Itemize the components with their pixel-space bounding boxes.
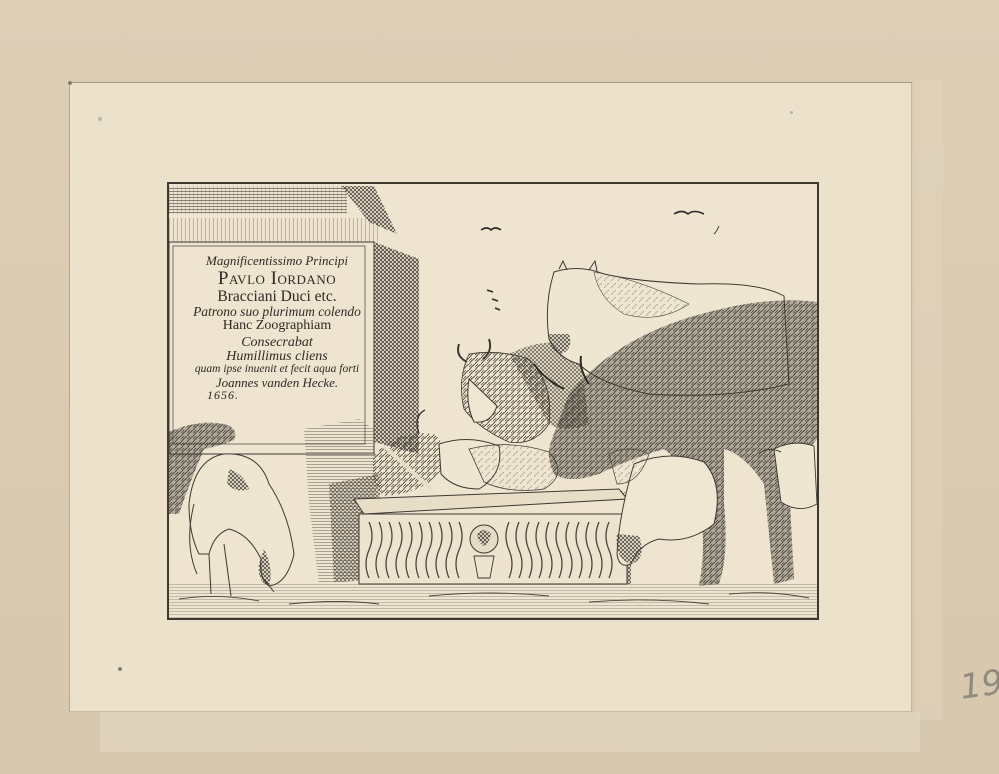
- inscription-line: Bracciani Duci etc.: [177, 289, 377, 305]
- artist-signature: Joannes vanden Hecke.: [177, 376, 377, 389]
- inscription-date: 1656.: [207, 389, 377, 401]
- ground: [169, 582, 817, 618]
- mount-right-strip: [915, 80, 943, 720]
- inscription-line: quam ipse inuenit et fecit aqua forti: [177, 364, 377, 376]
- pale-hound: [189, 454, 294, 596]
- inscription-line: Magnificentissimo Principi: [177, 254, 377, 267]
- foxing-spot: [118, 667, 122, 671]
- inscription-name: Pavlo Iordano: [177, 269, 377, 288]
- inscription-line: Consecrabat: [177, 336, 377, 350]
- inscription-line: Patrono suo plurimum colendo: [177, 305, 377, 319]
- etching-plate: Magnificentissimo Principi Pavlo Iordano…: [167, 182, 819, 620]
- pencil-annotation: 19: [957, 662, 999, 708]
- foxing-spot: [98, 117, 102, 121]
- foxing-spot: [790, 111, 793, 114]
- dedication-inscription: Magnificentissimo Principi Pavlo Iordano…: [177, 254, 377, 401]
- etched-scene: [169, 184, 817, 618]
- sarcophagus-trough: [354, 489, 631, 584]
- inscription-line: Hanc Zoographiam: [177, 319, 377, 333]
- inscription-line: Humillimus cliens: [177, 350, 377, 364]
- pin-mark: [68, 81, 72, 85]
- mount-lighter-strip: [100, 712, 920, 752]
